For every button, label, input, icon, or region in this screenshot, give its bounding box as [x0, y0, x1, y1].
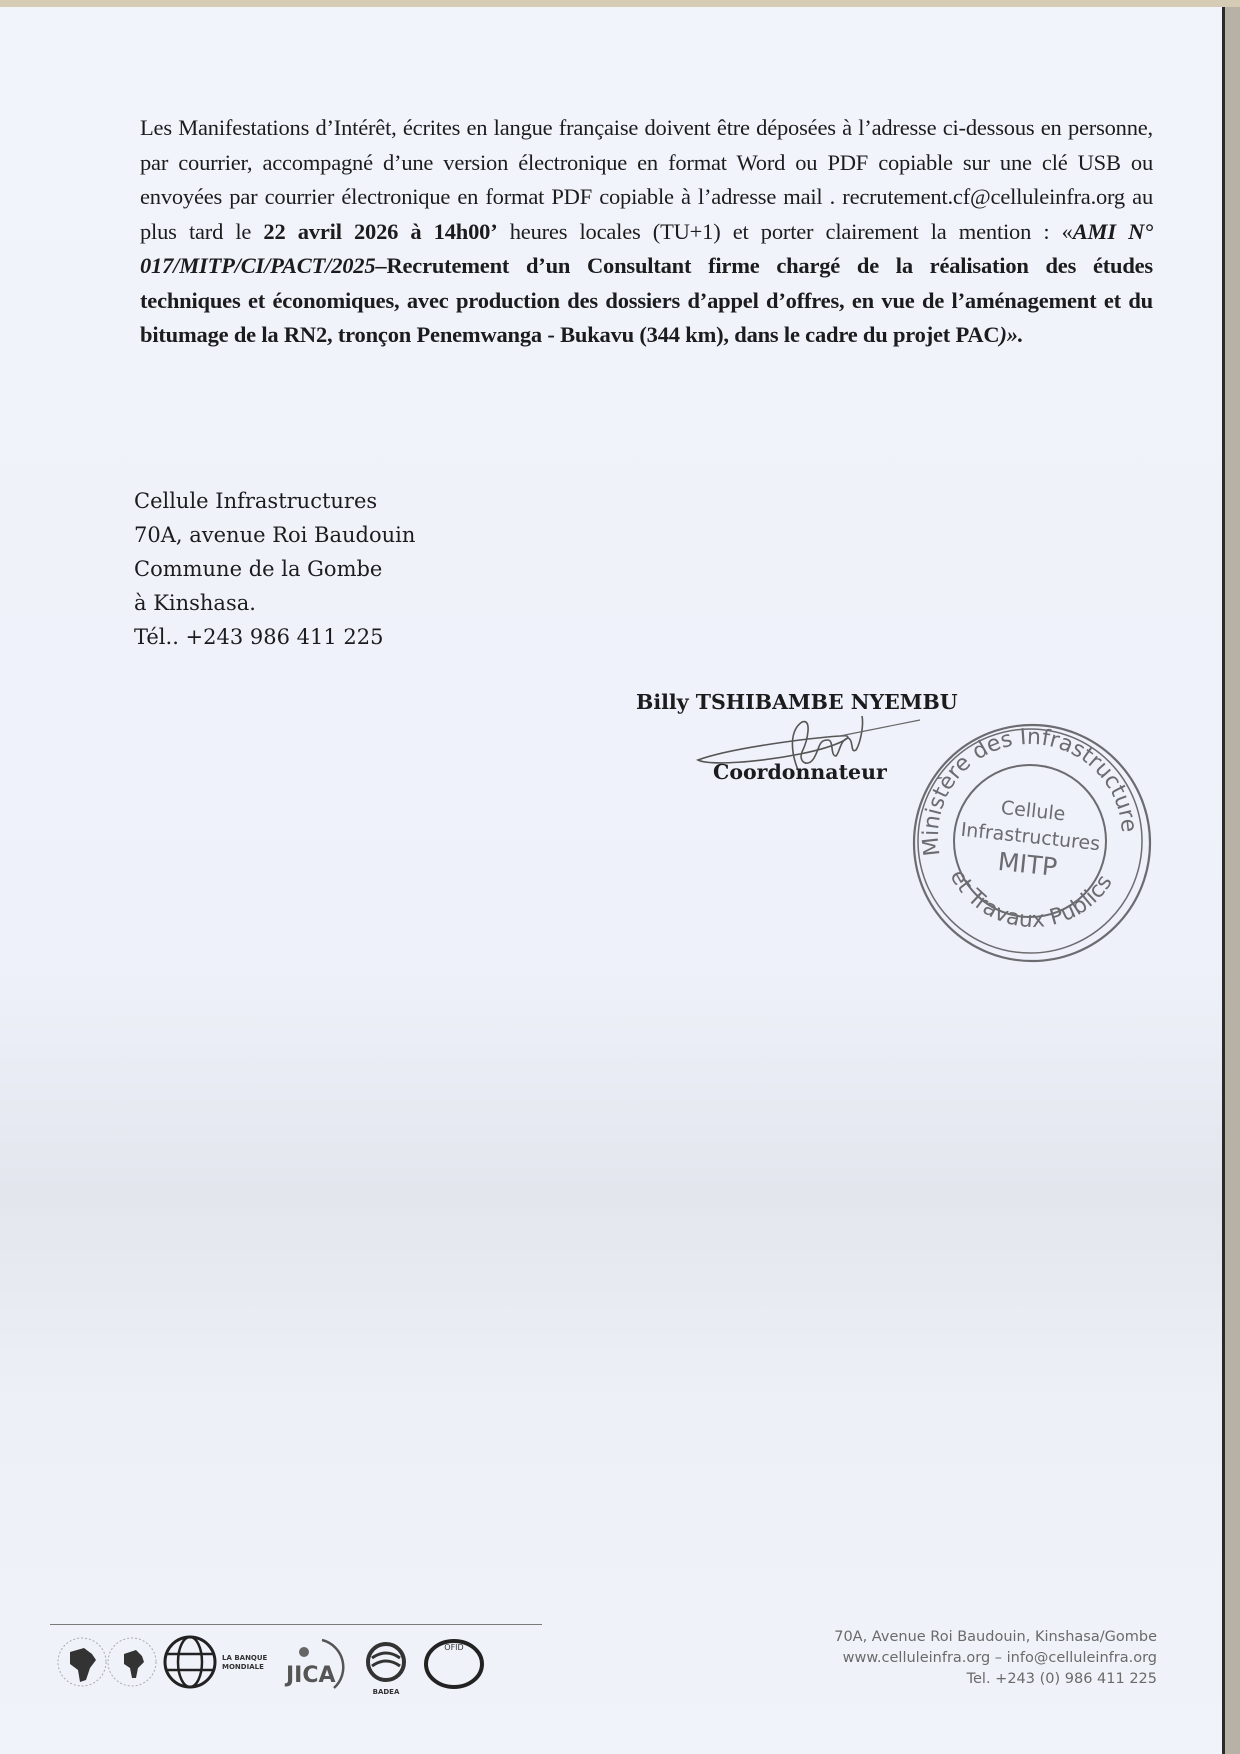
footer-contact: 70A, Avenue Roi Baudouin, Kinshasa/Gombe… [834, 1627, 1157, 1690]
badea-logo-icon: BADEA [368, 1644, 404, 1696]
closing-quote: )». [999, 322, 1023, 347]
official-stamp-icon: Ministère des Infrastructures et Travaux… [900, 705, 1160, 965]
address-line: à Kinshasa. [134, 586, 415, 620]
signatory-title: Coordonnateur [713, 760, 887, 784]
footer-phone: Tel. +243 (0) 986 411 225 [834, 1669, 1157, 1690]
jica-label: JICA [284, 1663, 336, 1688]
world-bank-label: LA BANQUE [222, 1654, 268, 1662]
jica-logo-icon: JICA [284, 1640, 343, 1688]
partner-logos: LA BANQUE MONDIALE JICA BADEA OFID [52, 1630, 552, 1710]
world-bank-globe-icon [165, 1637, 215, 1687]
ofid-label: OFID [444, 1643, 463, 1652]
address-line: 70A, avenue Roi Baudouin [134, 518, 415, 552]
footer-address: 70A, Avenue Roi Baudouin, Kinshasa/Gombe [834, 1627, 1157, 1648]
footer-divider [50, 1624, 542, 1625]
address-line: Commune de la Gombe [134, 552, 415, 586]
stamp-inner-line: Cellule [1000, 797, 1066, 826]
afdf-logo-icon [108, 1638, 156, 1686]
footer-web-email: www.celluleinfra.org – info@celluleinfra… [834, 1648, 1157, 1669]
address-block: Cellule Infrastructures 70A, avenue Roi … [134, 484, 415, 654]
address-phone: Tél.. +243 986 411 225 [134, 620, 415, 654]
paragraph-text-2: heures locales (TU+1) et porter claireme… [498, 219, 1073, 244]
deadline: 22 avril 2026 à 14h00’ [263, 219, 497, 244]
submission-paragraph: Les Manifestations d’Intérêt, écrites en… [140, 111, 1153, 353]
address-line: Cellule Infrastructures [134, 484, 415, 518]
stamp-inner-line: MITP [997, 847, 1059, 882]
ofid-logo-icon: OFID [426, 1641, 482, 1687]
scan-top-edge [0, 0, 1240, 7]
badea-label: BADEA [373, 1688, 400, 1696]
afdb-logo-icon [58, 1638, 106, 1686]
world-bank-label: MONDIALE [222, 1663, 264, 1671]
